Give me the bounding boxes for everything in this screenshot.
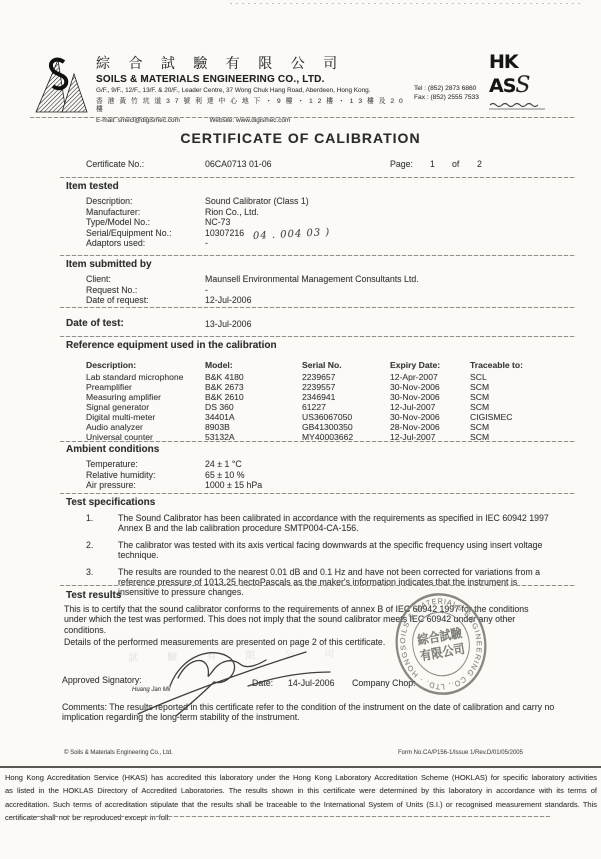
section-title-item-submitted: Item submitted by	[66, 259, 152, 270]
col-header-expiry: Expiry Date:	[390, 360, 470, 370]
field-value: 24 ± 1 °C	[205, 459, 242, 470]
col-header-traceable: Traceable to:	[470, 360, 558, 370]
section-divider	[60, 255, 576, 256]
spec-number: 1.	[86, 513, 118, 534]
col-header-model: Model:	[205, 360, 302, 370]
spec-item: 1. The Sound Calibrator has been calibra…	[86, 513, 558, 534]
scan-artifact-dots	[230, 3, 580, 4]
field-label: Manufacturer:	[86, 207, 205, 218]
cell-model: 34401A	[205, 412, 302, 422]
field-row: Adaptors used: -	[86, 238, 556, 249]
cell-model: B&K 2610	[205, 392, 302, 402]
signature-date-label: Date:	[252, 678, 273, 688]
spec-item: 3. The results are rounded to the neares…	[86, 567, 558, 598]
copyright-line: © Soils & Materials Engineering Co., Ltd…	[64, 750, 173, 756]
field-value: 65 ± 10 %	[205, 470, 245, 481]
cell-model: DS 360	[205, 402, 302, 412]
field-row: Client: Maunsell Environmental Managemen…	[86, 274, 556, 285]
field-label: Serial/Equipment No.:	[86, 228, 205, 239]
cell-model: B&K 2673	[205, 382, 302, 392]
section-title-test-results: Test results	[66, 590, 121, 601]
page-of-label: of	[452, 159, 459, 169]
cell-traceable: SCM	[470, 382, 558, 392]
table-row: Preamplifier B&K 2673 2239557 30-Nov-200…	[86, 382, 558, 392]
table-row: Signal generator DS 360 61227 12-Jul-200…	[86, 402, 558, 412]
reference-table-body: Lab standard microphone B&K 4180 2239657…	[86, 372, 558, 442]
spec-item: 2. The calibrator was tested with its ax…	[86, 540, 558, 561]
field-value: 1000 ± 15 hPa	[205, 480, 262, 491]
signatory-name: Huang Jan Mil	[132, 687, 170, 693]
field-value: 12-Jul-2006	[205, 295, 251, 306]
section-divider	[60, 441, 576, 442]
item-tested-fields: Description: Sound Calibrator (Class 1) …	[86, 196, 556, 249]
cell-description: Digital multi-meter	[86, 412, 205, 422]
test-specs-list: 1. The Sound Calibrator has been calibra…	[86, 513, 558, 604]
field-row: Relative humidity: 65 ± 10 %	[86, 470, 556, 481]
field-row: Air pressure: 1000 ± 15 hPa	[86, 480, 556, 491]
cell-expiry: 30-Nov-2006	[390, 412, 470, 422]
table-row: Measuring amplifier B&K 2610 2346941 30-…	[86, 392, 558, 402]
cell-description: Lab standard microphone	[86, 372, 205, 382]
section-title-test-specs: Test specifications	[66, 497, 155, 508]
field-value: Sound Calibrator (Class 1)	[205, 196, 309, 207]
cell-serial: 2239657	[302, 372, 390, 382]
section-divider	[60, 493, 576, 494]
smec-logo	[34, 54, 88, 114]
hkas-logo: HK ASS	[489, 55, 561, 110]
comments-block: Comments: The results reported in this c…	[62, 702, 556, 723]
bottom-underline	[30, 816, 550, 817]
section-title-ambient: Ambient conditions	[66, 444, 159, 455]
hkas-logo-letters-bottom: AS	[489, 75, 515, 97]
field-row: Request No.: -	[86, 285, 556, 296]
spec-text: The results are rounded to the nearest 0…	[118, 567, 558, 598]
section-title-reference: Reference equipment used in the calibrat…	[66, 340, 277, 351]
cell-traceable: CIGISMEC	[470, 412, 558, 422]
field-value: -	[205, 238, 208, 249]
field-label: Date of request:	[86, 295, 205, 306]
table-row: Audio analyzer 8903B GB41300350 28-Nov-2…	[86, 422, 558, 432]
field-label: Type/Model No.:	[86, 217, 205, 228]
field-value: 10307216	[205, 228, 244, 239]
company-name-chinese: 綜 合 試 驗 有 限 公 司	[96, 53, 406, 73]
cell-serial: 2239557	[302, 382, 390, 392]
section-divider	[60, 177, 576, 178]
field-row: Type/Model No.: NC-73	[86, 217, 556, 228]
col-header-description: Description:	[86, 360, 205, 370]
header-divider	[30, 117, 576, 118]
section-divider	[60, 307, 576, 308]
cell-description: Signal generator	[86, 402, 205, 412]
hkas-logo-letters-top: HK	[489, 51, 518, 73]
reference-table: Description: Model: Serial No. Expiry Da…	[86, 360, 558, 442]
cell-serial: 2346941	[302, 392, 390, 402]
company-tel: Tel : (852) 2873 6860	[414, 84, 479, 93]
spec-text: The calibrator was tested with its axis …	[118, 540, 558, 561]
field-label: Request No.:	[86, 285, 205, 296]
item-submitted-fields: Client: Maunsell Environmental Managemen…	[86, 274, 556, 306]
cell-expiry: 30-Nov-2006	[390, 382, 470, 392]
comments-label: Comments:	[62, 702, 107, 712]
page-label: Page:	[390, 159, 413, 169]
cell-expiry: 12-Jul-2007	[390, 402, 470, 412]
certificate-no-label: Certificate No.:	[86, 159, 144, 169]
cell-traceable: SCL	[470, 372, 558, 382]
field-row: Temperature: 24 ± 1 °C	[86, 459, 556, 470]
field-label: Client:	[86, 274, 205, 285]
footer-divider	[0, 766, 601, 768]
date-of-test-label: Date of test:	[66, 318, 124, 329]
cell-traceable: SCM	[470, 392, 558, 402]
cell-serial: US36067050	[302, 412, 390, 422]
col-header-serial: Serial No.	[302, 360, 390, 370]
cell-serial: GB41300350	[302, 422, 390, 432]
page-total: 2	[477, 159, 482, 169]
table-row: Lab standard microphone B&K 4180 2239657…	[86, 372, 558, 382]
cell-expiry: 28-Nov-2006	[390, 422, 470, 432]
section-divider	[60, 585, 576, 586]
field-label: Adaptors used:	[86, 238, 205, 249]
company-chop-label: Company Chop:	[352, 678, 416, 688]
company-fax: Fax : (852) 2555 7533	[414, 93, 479, 102]
table-header-row: Description: Model: Serial No. Expiry Da…	[86, 360, 558, 370]
section-divider	[60, 336, 576, 337]
certificate-page: 綜 合 試 驗 有 限 公 司 SOILS & MATERIALS ENGINE…	[0, 0, 601, 859]
ambient-fields: Temperature: 24 ± 1 °C Relative humidity…	[86, 459, 556, 491]
cell-expiry: 12-Apr-2007	[390, 372, 470, 382]
field-label: Relative humidity:	[86, 470, 205, 481]
comments-text: The results reported in this certificate…	[62, 702, 554, 722]
company-address-en: G/F., 9/F., 12/F., 13/F. & 20/F., Leader…	[96, 87, 406, 96]
cell-model: 8903B	[205, 422, 302, 432]
header-company-block: 綜 合 試 驗 有 限 公 司 SOILS & MATERIALS ENGINE…	[96, 53, 406, 125]
cell-description: Preamplifier	[86, 382, 205, 392]
certificate-no-value: 06CA0713 01-06	[205, 159, 272, 169]
page-number: 1	[430, 159, 435, 169]
page-title: CERTIFICATE OF CALIBRATION	[0, 130, 601, 146]
field-value: Rion Co., Ltd.	[205, 207, 259, 218]
cell-traceable: SCM	[470, 402, 558, 412]
field-row: Description: Sound Calibrator (Class 1)	[86, 196, 556, 207]
cell-expiry: 30-Nov-2006	[390, 392, 470, 402]
cell-description: Audio analyzer	[86, 422, 205, 432]
field-value: Maunsell Environmental Management Consul…	[205, 274, 419, 285]
signature-date-value: 14-Jul-2006	[288, 678, 334, 688]
field-value: -	[205, 285, 208, 296]
cell-model: B&K 4180	[205, 372, 302, 382]
company-address-cn: 香 港 黃 竹 坑 道 3 7 號 利 達 中 心 地 下 ・ 9 樓 ・ 1 …	[96, 98, 406, 115]
cell-traceable: SCM	[470, 422, 558, 432]
field-row: Manufacturer: Rion Co., Ltd.	[86, 207, 556, 218]
section-title-item-tested: Item tested	[66, 181, 119, 192]
spec-number: 2.	[86, 540, 118, 561]
field-label: Air pressure:	[86, 480, 205, 491]
spec-text: The Sound Calibrator has been calibrated…	[118, 513, 558, 534]
cell-serial: 61227	[302, 402, 390, 412]
cell-description: Measuring amplifier	[86, 392, 205, 402]
hkas-logo-script-s: S	[515, 73, 530, 98]
field-row: Date of request: 12-Jul-2006	[86, 295, 556, 306]
field-label: Temperature:	[86, 459, 205, 470]
hkas-caption-illegible	[489, 100, 547, 110]
form-number: Form No.CA/P156-1/Issue 1/Rev.D/01/05/20…	[398, 750, 523, 756]
header-telfax: Tel : (852) 2873 6860 Fax : (852) 2555 7…	[414, 84, 479, 102]
field-value: NC-73	[205, 217, 230, 228]
table-row: Digital multi-meter 34401A US36067050 30…	[86, 412, 558, 422]
date-of-test-value: 13-Jul-2006	[205, 319, 251, 329]
company-name-english: SOILS & MATERIALS ENGINEERING CO., LTD.	[96, 74, 406, 85]
field-label: Description:	[86, 196, 205, 207]
